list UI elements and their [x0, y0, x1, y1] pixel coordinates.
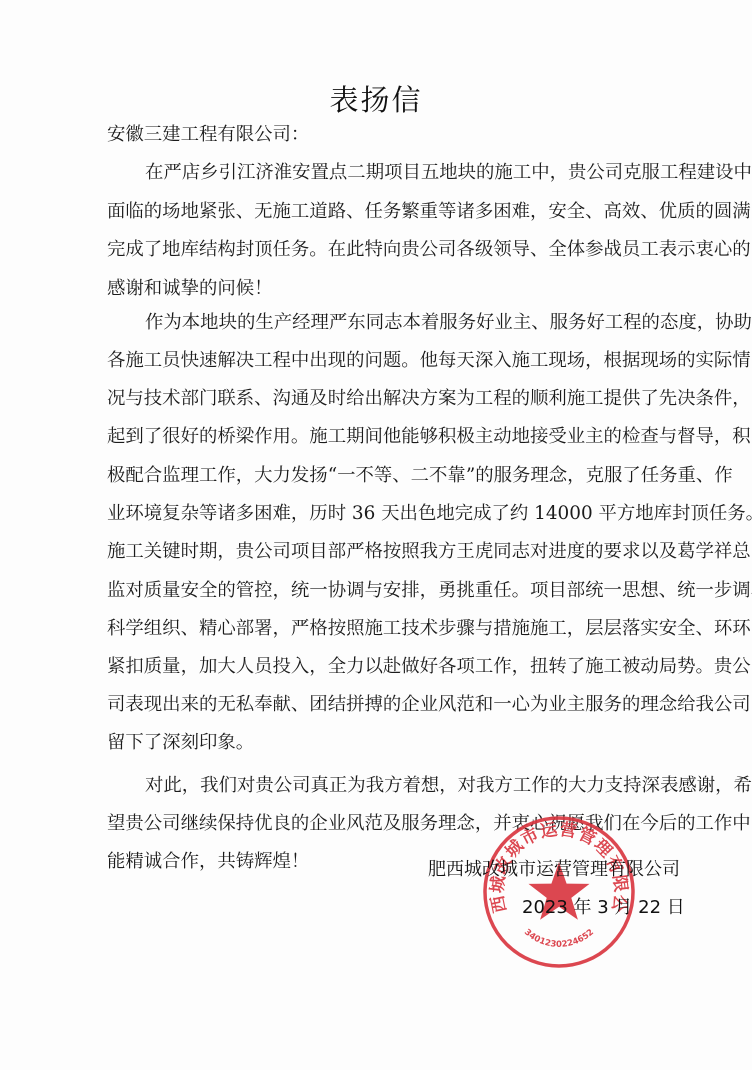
- seal-code: 3401230224652: [522, 927, 596, 950]
- document-title: 表扬信: [0, 78, 752, 119]
- text-line: 施工关键时期，贵公司项目部严格按照我方王虎同志对进度的要求以及葛学祥总: [107, 540, 652, 564]
- svg-text:3401230224652: 3401230224652: [522, 927, 596, 950]
- signature-organization: 肥西城改城市运营管理有限公司: [428, 858, 680, 882]
- text-line: 感谢和诚挚的问候！: [107, 277, 652, 301]
- letter-page: 表扬信 安徽三建工程有限公司： 在严店乡引江济淮安置点二期项目五地块的施工中，贵…: [0, 0, 752, 1070]
- text-line: 起到了很好的桥梁作用。施工期间他能够积极主动地接受业主的检查与督导，积: [107, 425, 652, 449]
- text-line: 作为本地块的生产经理严东同志本着服务好业主、服务好工程的态度，协助: [107, 311, 652, 335]
- text-line: 业环境复杂等诸多困难，历时 36 天出色地完成了约 14000 平方地库封顶任务…: [107, 502, 652, 526]
- text-line: 司表现出来的无私奉献、团结拼搏的企业风范和一心为业主服务的理念给我公司: [107, 693, 652, 717]
- text-line: 科学组织、精心部署，严格按照施工技术步骤与措施施工，层层落实安全、环环: [107, 617, 652, 641]
- text-line: 面临的场地紧张、无施工道路、任务繁重等诸多困难，安全、高效、优质的圆满: [107, 200, 652, 224]
- official-seal-stamp: 肥西城改城市运营管理有限公司 3401230224652: [481, 814, 637, 970]
- text-line: 留下了深刻印象。: [107, 731, 652, 755]
- text-line: 监对质量安全的管控，统一协调与安排，勇挑重任。项目部统一思想、统一步调、: [107, 579, 652, 603]
- salutation: 安徽三建工程有限公司：: [107, 123, 309, 147]
- text-line: 对此，我们对贵公司真正为我方着想，对我方工作的大力支持深表感谢，希: [107, 774, 652, 798]
- text-line: 能精诚合作，共铸辉煌！: [107, 850, 407, 874]
- text-line: 在严店乡引江济淮安置点二期项目五地块的施工中，贵公司克服工程建设中: [107, 161, 652, 185]
- text-line: 况与技术部门联系、沟通及时给出解决方案为工程的顺利施工提供了先决条件，: [107, 387, 652, 411]
- text-line: 极配合监理工作，大力发扬“一不等、二不靠”的服务理念，克服了任务重、作: [107, 464, 652, 488]
- text-line: 紧扣质量，加大人员投入，全力以赴做好各项工作，扭转了施工被动局势。贵公: [107, 655, 652, 679]
- text-line: 各施工员快速解决工程中出现的问题。他每天深入施工现场，根据现场的实际情: [107, 349, 652, 373]
- text-line: 完成了地库结构封顶任务。在此特向贵公司各级领导、全体参战员工表示衷心的: [107, 238, 652, 262]
- signature-date: 2023 年 3 月 22 日: [522, 896, 685, 920]
